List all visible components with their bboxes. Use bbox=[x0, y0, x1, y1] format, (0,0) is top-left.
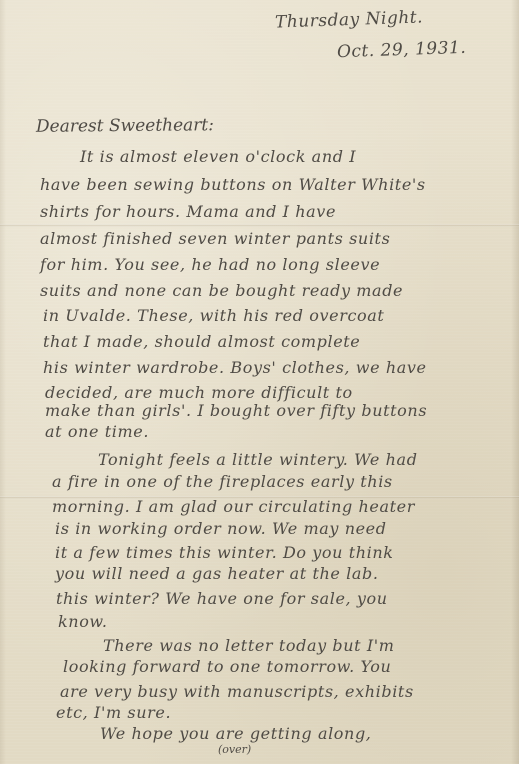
letter-page: Thursday Night. Oct. 29, 1931. Dearest S… bbox=[0, 0, 519, 764]
body-line: make than girls'. I bought over fifty bu… bbox=[45, 401, 427, 420]
continue-overleaf-note: (over) bbox=[218, 743, 251, 756]
fold-crease-upper bbox=[0, 224, 519, 227]
body-line: at one time. bbox=[45, 422, 149, 441]
body-line: Tonight feels a little wintery. We had bbox=[98, 450, 418, 469]
body-line: is in working order now. We may need bbox=[55, 519, 387, 538]
body-line: There was no letter today but I'm bbox=[103, 636, 395, 655]
paper-edge-left bbox=[0, 0, 6, 764]
body-line: It is almost eleven o'clock and I bbox=[80, 147, 356, 166]
letter-date: Oct. 29, 1931. bbox=[337, 38, 467, 62]
letter-day: Thursday Night. bbox=[275, 7, 424, 32]
body-line: a fire in one of the fireplaces early th… bbox=[52, 472, 393, 491]
body-line: in Uvalde. These, with his red overcoat bbox=[43, 306, 384, 325]
body-line: have been sewing buttons on Walter White… bbox=[40, 175, 426, 194]
body-line: suits and none can be bought ready made bbox=[40, 281, 403, 300]
body-line: shirts for hours. Mama and I have bbox=[40, 202, 336, 221]
paper-edge-right bbox=[511, 0, 519, 764]
body-line: know. bbox=[58, 612, 108, 631]
body-line: almost finished seven winter pants suits bbox=[40, 229, 390, 248]
body-line: etc, I'm sure. bbox=[56, 703, 171, 722]
body-line: are very busy with manuscripts, exhibits bbox=[60, 682, 414, 701]
body-line: decided, are much more difficult to bbox=[45, 383, 353, 402]
body-line: We hope you are getting along, bbox=[100, 724, 371, 743]
body-line: that I made, should almost complete bbox=[43, 332, 360, 351]
body-line: his winter wardrobe. Boys' clothes, we h… bbox=[43, 358, 427, 377]
salutation: Dearest Sweetheart: bbox=[36, 115, 214, 137]
body-line: you will need a gas heater at the lab. bbox=[55, 564, 379, 583]
body-line: for him. You see, he had no long sleeve bbox=[40, 255, 380, 274]
body-line: it a few times this winter. Do you think bbox=[55, 543, 394, 562]
body-line: this winter? We have one for sale, you bbox=[56, 589, 388, 608]
body-line: morning. I am glad our circulating heate… bbox=[52, 497, 415, 516]
body-line: looking forward to one tomorrow. You bbox=[63, 657, 391, 676]
